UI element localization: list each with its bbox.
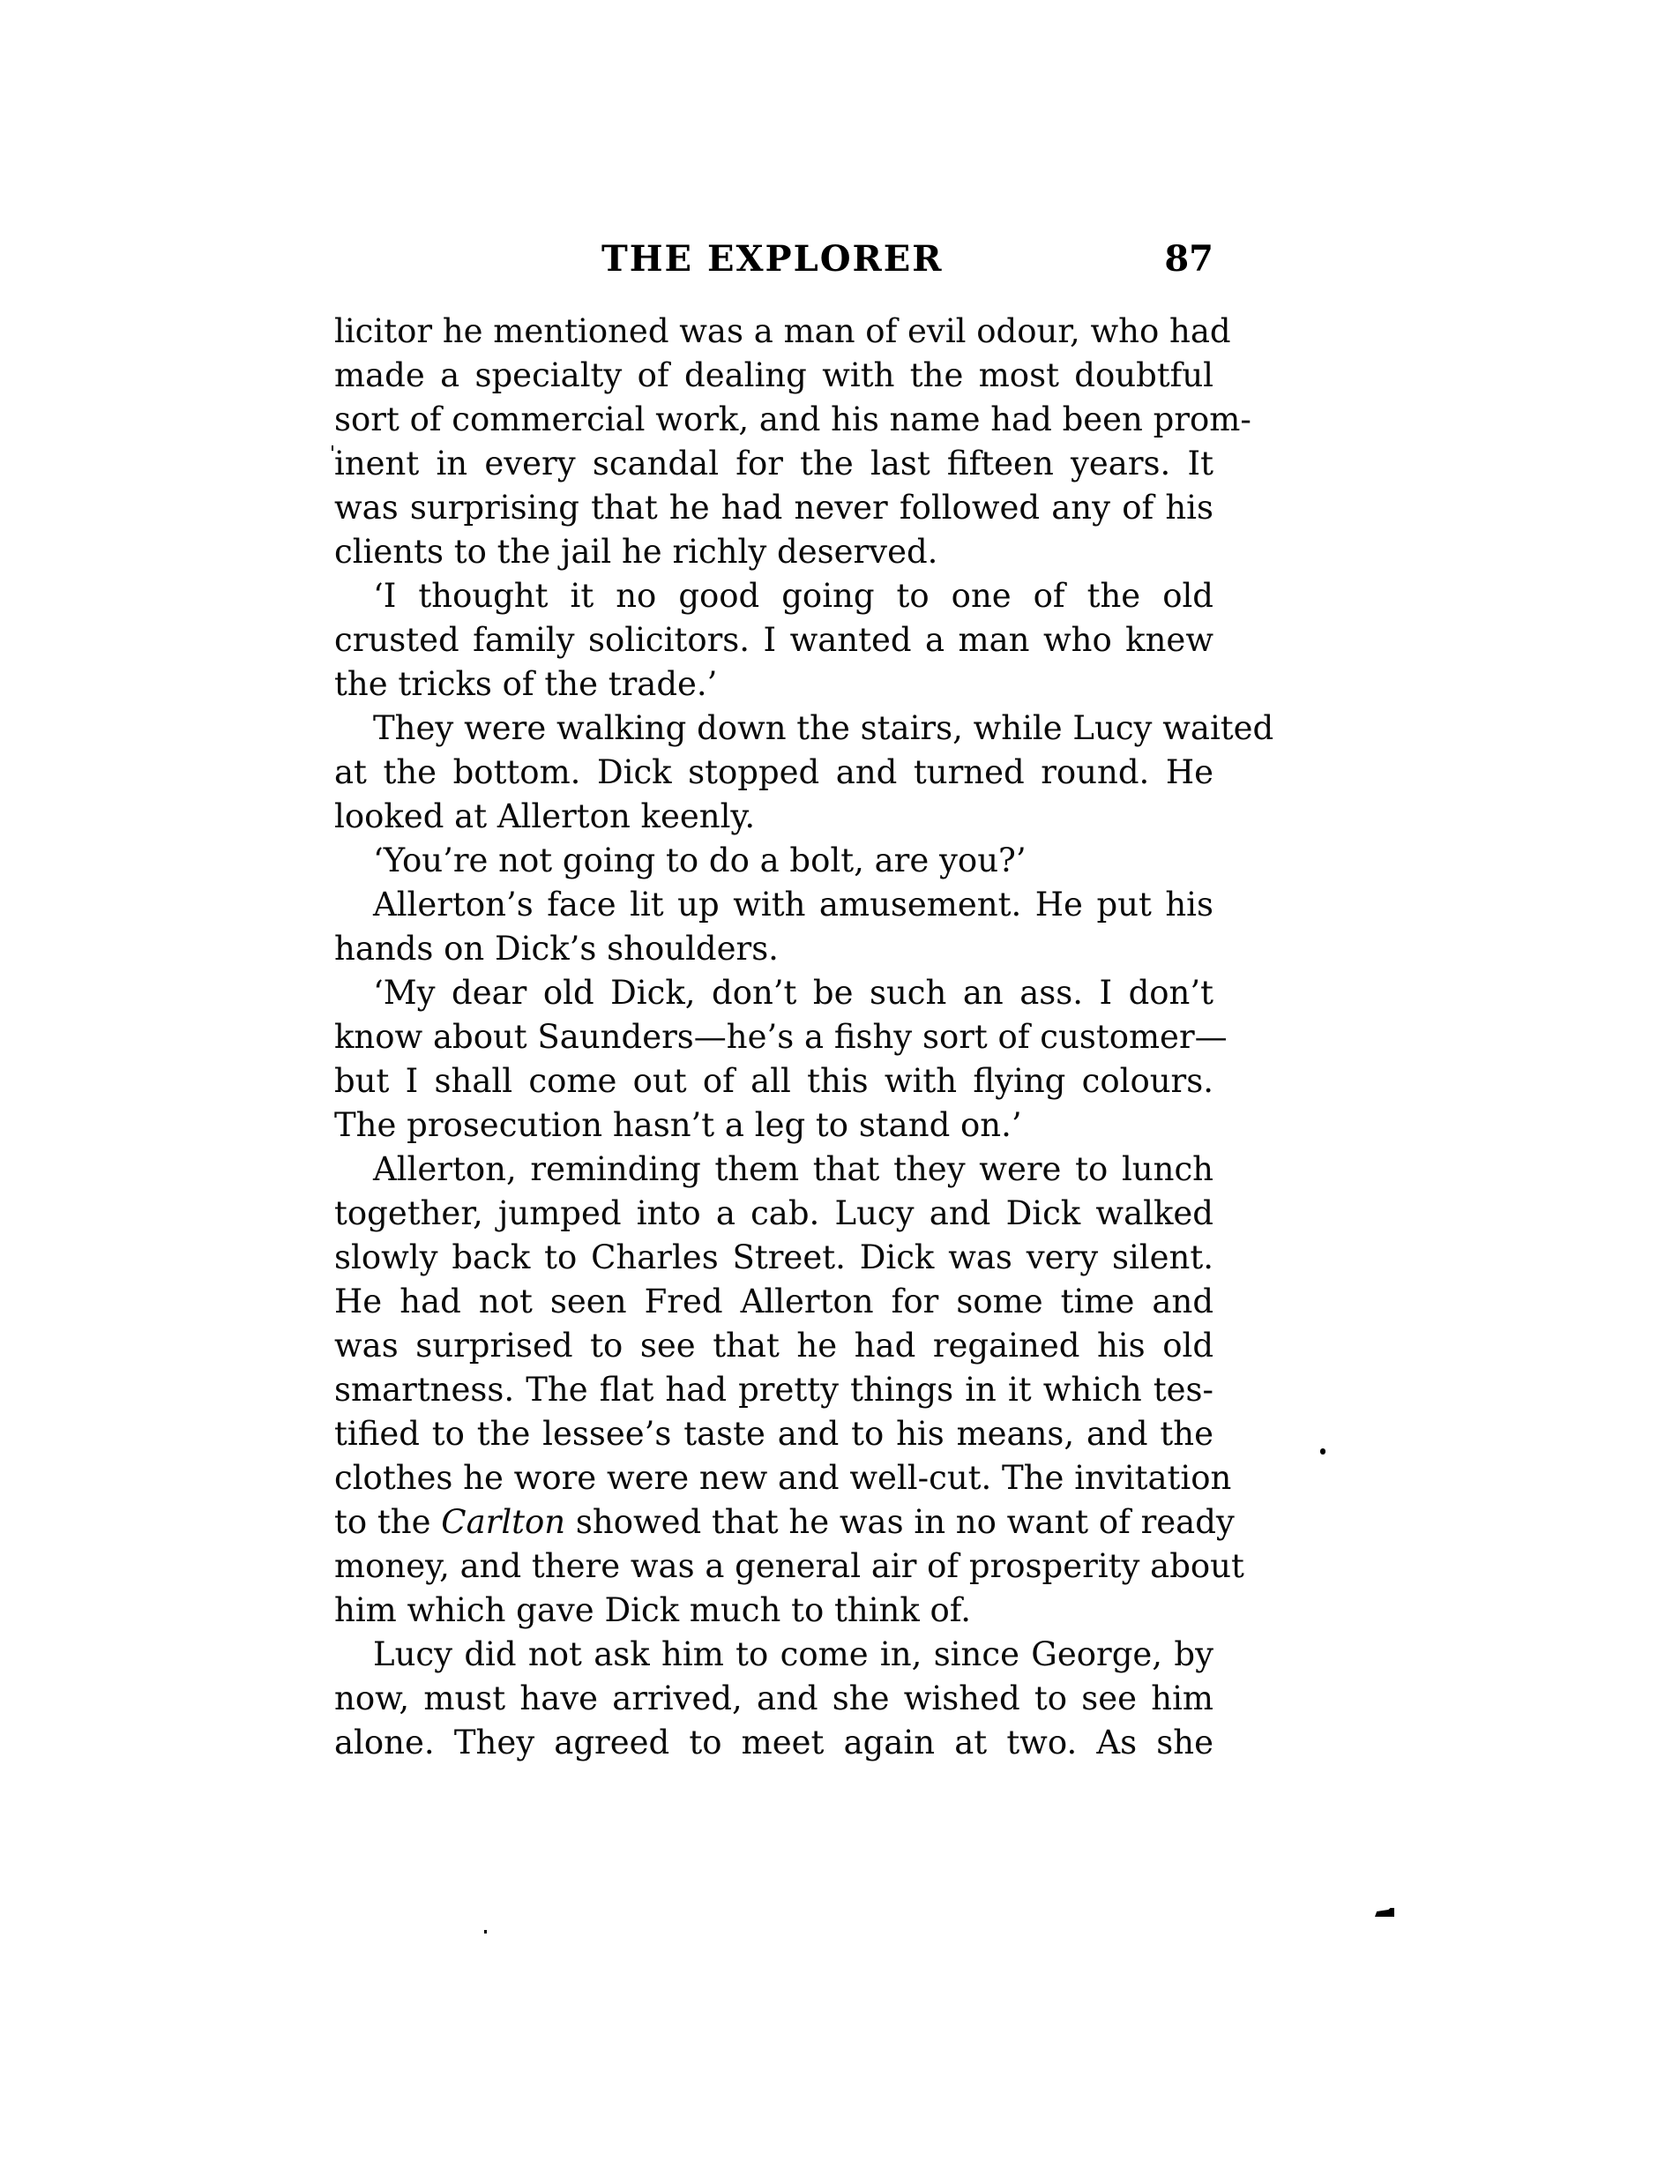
text-line: clients to the jail he richly deserved. [334,530,1213,574]
text-line: tified to the lessee’s taste and to his … [334,1412,1213,1456]
text-line: clothes he wore were new and well-cut. T… [334,1456,1213,1500]
text-line: to the Carlton showed that he was in no … [334,1500,1213,1545]
text-line: him which gave Dick much to think of. [334,1589,1213,1633]
text-line: together, jumped into a cab. Lucy and Di… [334,1192,1213,1236]
page-number: 87 [1164,238,1213,280]
running-head: THE EXPLORER 87 [334,238,1213,282]
text-line: looked at Allerton keenly. [334,795,1213,839]
text-line: The prosecution hasn’t a leg to stand on… [334,1103,1213,1148]
text-line: know about Saunders—he’s a fishy sort of… [334,1015,1213,1059]
text-line: at the bottom. Dick stopped and turned r… [334,751,1213,795]
text-line: Lucy did not ask him to come in, since G… [373,1633,1213,1677]
text-line: made a specialty of dealing with the mos… [334,354,1213,398]
text-line: ‘My dear old Dick, don’t be such an ass.… [373,971,1213,1015]
text-line: Allerton, reminding them that they were … [373,1148,1213,1192]
text-segment: showed that he was in no want of ready [565,1503,1235,1541]
text-line: was surprising that he had never followe… [334,486,1213,530]
book-page: THE EXPLORER 87 licitor he mentioned was… [0,0,1680,2184]
text-line: the tricks of the trade.’ [334,662,1213,707]
text-segment: to the [334,1503,441,1541]
scan-speck [484,1930,487,1933]
scan-speck [1320,1448,1325,1455]
text-line: but I shall come out of all this with fl… [334,1059,1213,1103]
text-line: licitor he mentioned was a man of evil o… [334,310,1213,354]
text-line: sort of commercial work, and his name ha… [334,398,1213,442]
text-line: Allerton’s face lit up with amusement. H… [373,883,1213,927]
text-line: ‘I thought it no good going to one of th… [373,574,1213,618]
scan-speck [1375,1908,1394,1917]
text-line: smartness. The flat had pretty things in… [334,1368,1213,1412]
text-line: alone. They agreed to meet again at two.… [334,1721,1213,1765]
text-line: now, must have arrived, and she wished t… [334,1677,1213,1721]
text-line: money, and there was a general air of pr… [334,1545,1213,1589]
text-line: was surprised to see that he had regaine… [334,1324,1213,1368]
italic-title-carlton: Carlton [441,1503,565,1541]
text-line: inent in every scandal for the last fift… [334,442,1213,486]
text-line: slowly back to Charles Street. Dick was … [334,1236,1213,1280]
text-line: hands on Dick’s shoulders. [334,927,1213,971]
text-line: ‘You’re not going to do a bolt, are you?… [373,839,1213,883]
text-line: They were walking down the stairs, while… [373,707,1213,751]
running-title: THE EXPLORER [601,238,944,280]
text-line: He had not seen Fred Allerton for some t… [334,1280,1213,1324]
text-line: crusted family solicitors. I wanted a ma… [334,618,1213,662]
scan-speck [332,445,333,451]
